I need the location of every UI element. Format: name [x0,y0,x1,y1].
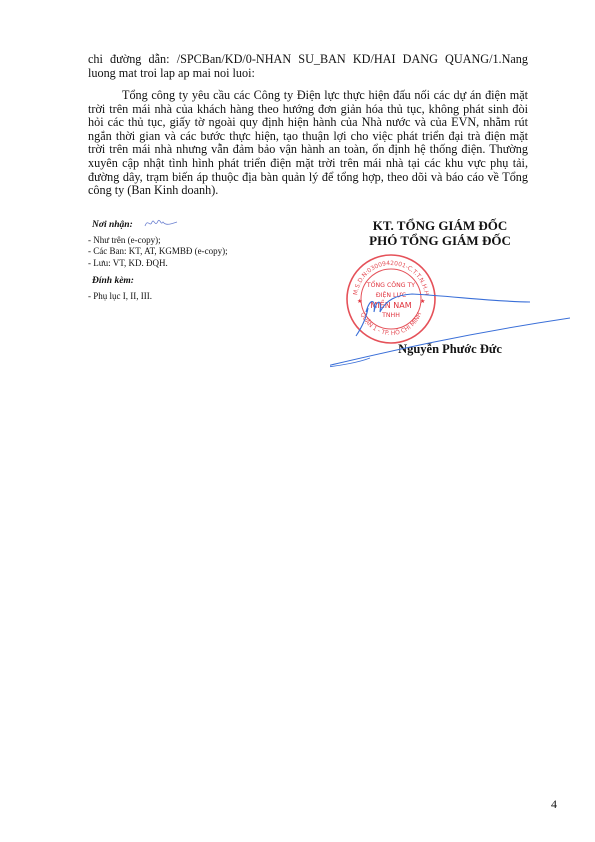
handwritten-signature-icon [330,240,570,380]
recipients-heading: Nơi nhận: [92,220,228,232]
recipient-item: Các Ban: KT, AT, KGMBĐ (e-copy); [88,246,228,258]
main-paragraph: Tổng công ty yêu cầu các Công ty Điện lự… [88,89,528,198]
attachments-list: Phụ lục I, II, III. [88,291,228,303]
signer-title-line1: KT. TỔNG GIÁM ĐỐC [340,218,540,233]
attachment-item: Phụ lục I, II, III. [88,291,228,303]
page-number: 4 [551,797,557,812]
recipients-block: Nơi nhận: Như trên (e-copy); Các Ban: KT… [88,220,228,302]
attachments-heading: Đính kèm: [92,276,228,288]
recipients-list: Như trên (e-copy); Các Ban: KT, AT, KGMB… [88,235,228,270]
path-paragraph: chi đường dẫn: /SPCBan/KD/0-NHAN SU_BAN … [88,53,528,80]
recipient-item: Như trên (e-copy); [88,235,228,247]
recipient-item: Lưu: VT, KD. ĐQH. [88,258,228,270]
